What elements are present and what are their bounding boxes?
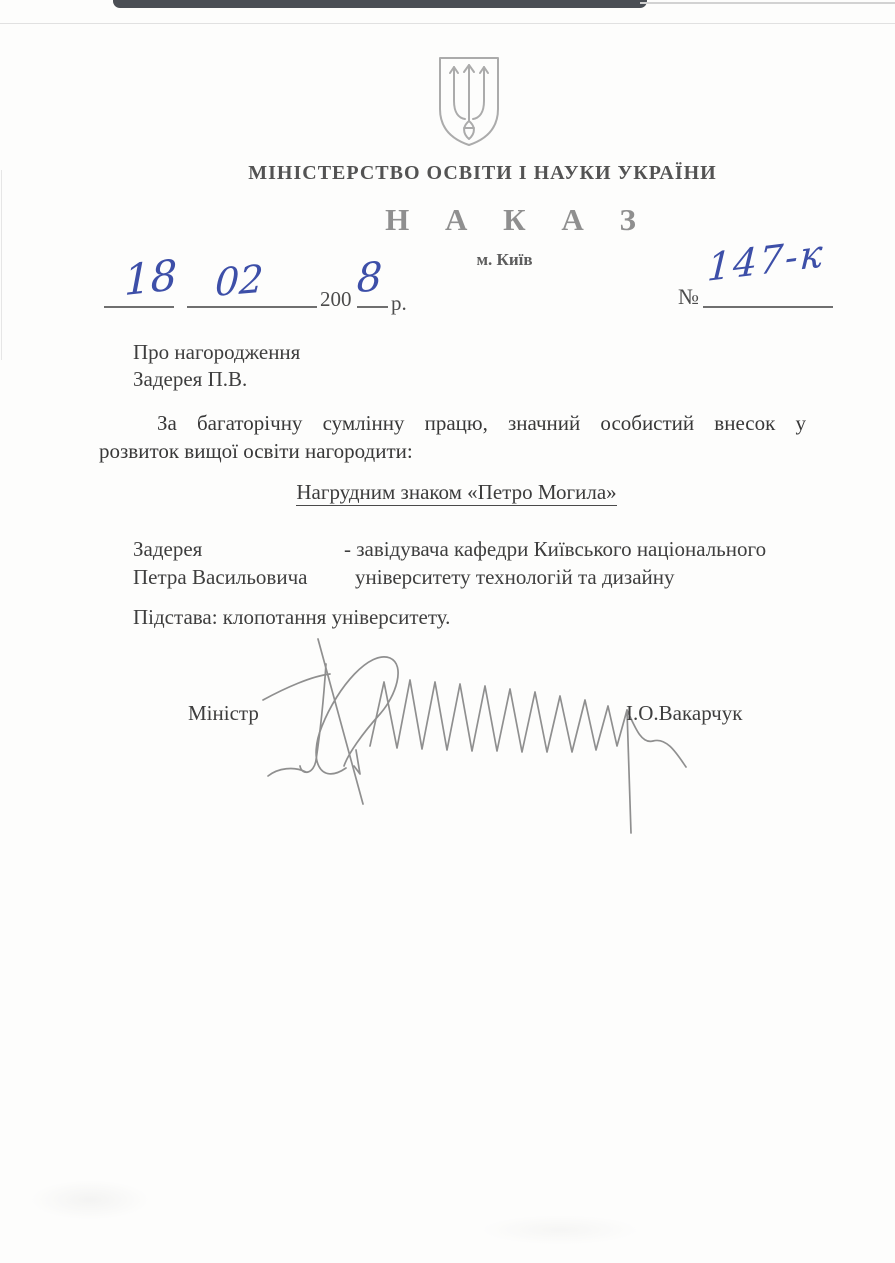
handwritten-day: 18: [124, 250, 177, 305]
award-line: Нагрудним знаком «Петро Могила»: [0, 480, 895, 505]
scanned-order-document: МІНІСТЕРСТВО ОСВІТИ І НАУКИ УКРАЇНИ Н А …: [0, 0, 895, 1263]
recipient-name-line-1: Задерея: [133, 535, 307, 563]
body-paragraph-line-2: розвиток вищої освіти нагородити:: [99, 439, 413, 464]
order-number-label: №: [678, 284, 699, 310]
scan-horizontal-line-artifact: [0, 23, 895, 24]
recipient-position-line-2: університету технологій та дизайну: [344, 563, 766, 591]
subject-line-2: Задерея П.В.: [133, 366, 300, 393]
recipient-name: Задерея Петра Васильовича: [133, 535, 307, 591]
signature-scribble-icon: [250, 634, 695, 846]
scan-smudge: [30, 1180, 150, 1220]
printed-year-prefix: 200: [320, 287, 352, 312]
order-number-underline: [703, 306, 833, 308]
award-line-text: Нагрудним знаком «Петро Могила»: [296, 480, 616, 506]
recipient-position: - завідувача кафедри Київського націонал…: [344, 535, 766, 591]
subject-block: Про нагородження Задерея П.В.: [133, 339, 300, 393]
date-year-underline: [357, 306, 388, 308]
date-month-underline: [187, 306, 317, 308]
scan-top-bar-artifact: [113, 0, 647, 8]
handwritten-order-number: 147-к: [706, 231, 826, 290]
signer-position-label: Міністр: [188, 701, 259, 726]
recipient-name-line-2: Петра Васильовича: [133, 563, 307, 591]
year-suffix: р.: [391, 291, 407, 316]
handwritten-month: 02: [214, 256, 265, 305]
order-title: Н А К А З: [0, 202, 895, 238]
ministry-title: МІНІСТЕРСТВО ОСВІТИ І НАУКИ УКРАЇНИ: [0, 162, 895, 185]
subject-line-1: Про нагородження: [133, 339, 300, 366]
basis-line: Підстава: клопотання університету.: [133, 605, 450, 630]
ukraine-trident-emblem-icon: [433, 55, 505, 149]
scan-smudge: [480, 1215, 640, 1245]
handwritten-year-digit: 8: [356, 254, 383, 302]
recipient-position-line-1: - завідувача кафедри Київського націонал…: [344, 535, 766, 563]
date-day-underline: [104, 306, 174, 308]
signer-name: І.О.Вакарчук: [626, 701, 742, 726]
body-paragraph-line-1: За багаторічну сумлінну працю, значний о…: [99, 411, 806, 436]
scan-top-line-artifact: [640, 2, 895, 4]
